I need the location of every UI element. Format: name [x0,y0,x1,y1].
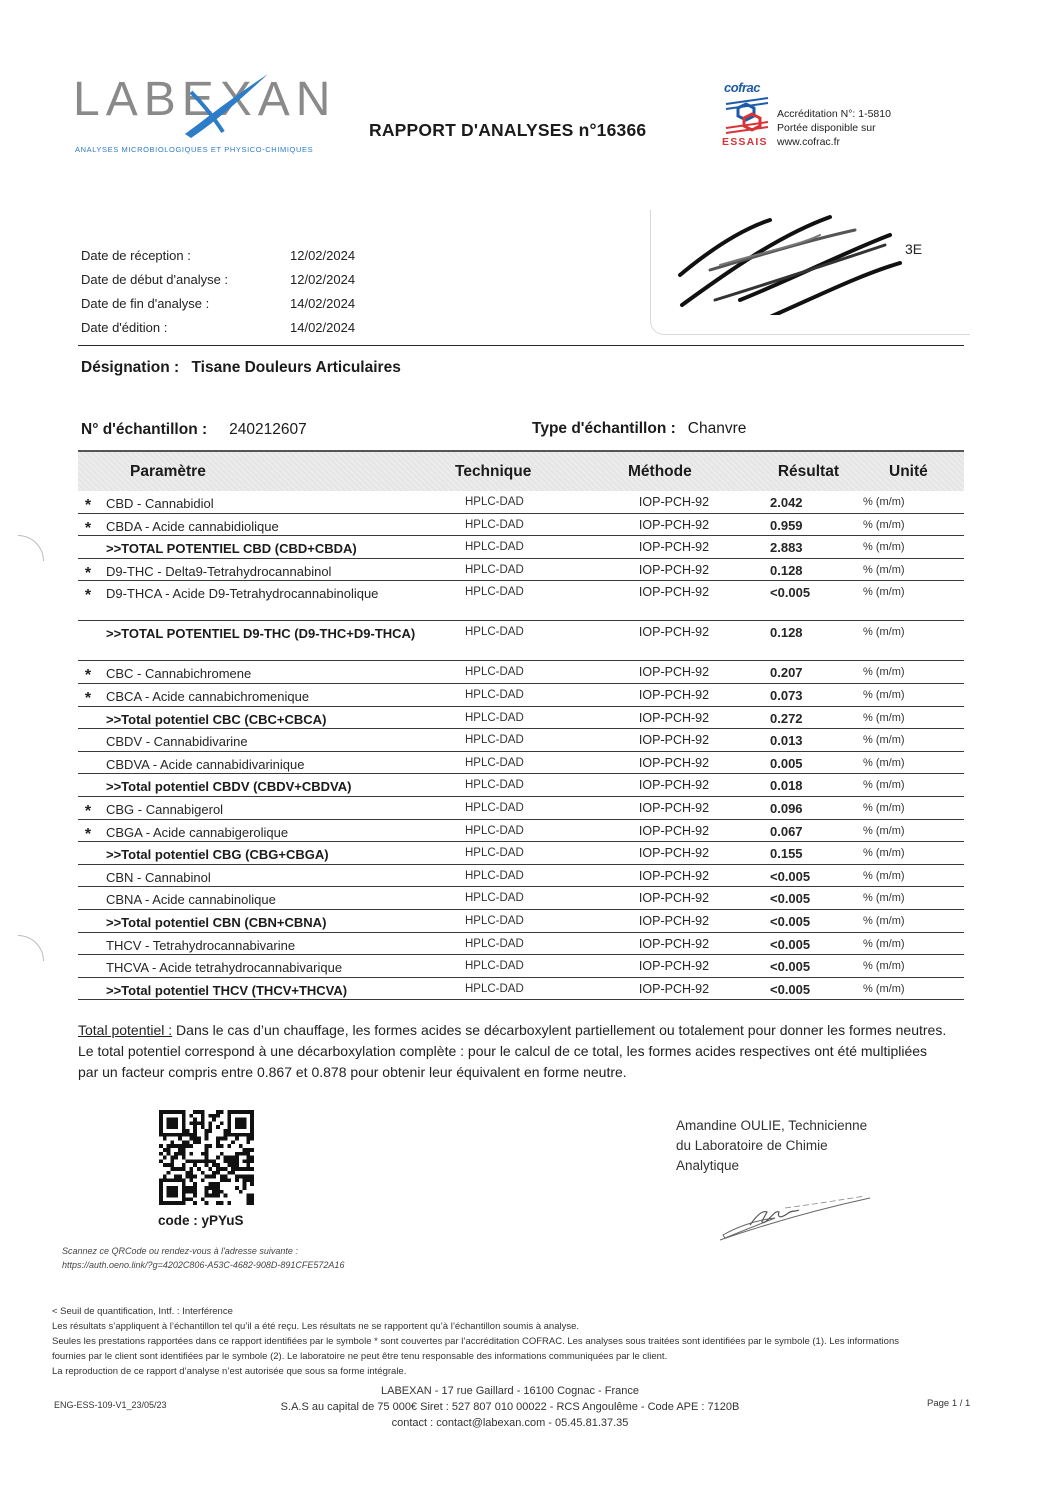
date-label: Date de fin d'analyse : [81,296,290,311]
designation-label: Désignation : [81,359,179,376]
cofrac-wordmark: cofrac [724,80,760,95]
accreditation-star-icon [78,914,98,917]
accreditation-star-icon [78,733,98,736]
signatory-role-cont: Analytique [676,1156,867,1176]
cell-technique: HPLC-DAD [455,585,598,598]
cell-technique: HPLC-DAD [455,711,598,724]
cell-resultat: <0.005 [750,891,845,906]
cell-unite: % (m/m) [845,891,964,904]
legal-line: La reproduction de ce rapport d’analyse … [52,1364,1012,1379]
table-row: CBNA - Acide cannabinolique HPLC-DAD IOP… [78,887,964,910]
cell-resultat: 0.018 [750,778,845,793]
date-value: 12/02/2024 [290,248,355,263]
cell-methode: IOP-PCH-92 [598,688,750,702]
cell-resultat: <0.005 [750,585,845,600]
note-label: Total potentiel : [78,1022,172,1038]
table-row: CBDVA - Acide cannabidivarinique HPLC-DA… [78,752,964,775]
cell-parametre: CBCA - Acide cannabichromenique [98,688,455,706]
company-footer: LABEXAN - 17 rue Gaillard - 16100 Cognac… [250,1383,770,1431]
accreditation-star-icon: * [78,495,98,514]
cell-resultat: 0.959 [750,518,845,533]
column-header-methode: Méthode [598,463,750,481]
cell-methode: IOP-PCH-92 [598,585,750,599]
cell-technique: HPLC-DAD [455,959,598,972]
table-header: Paramètre Technique Méthode Résultat Uni… [78,450,964,491]
date-label: Date d'édition : [81,320,290,335]
cell-resultat: <0.005 [750,959,845,974]
accreditation-star-icon: * [78,801,98,820]
accreditation-star-icon [78,891,98,894]
table-row: THCVA - Acide tetrahydrocannabivarique H… [78,955,964,978]
table-row: >>Total potentiel CBC (CBC+CBCA) HPLC-DA… [78,707,964,730]
cell-unite: % (m/m) [845,540,964,553]
accreditation-star-icon: * [78,563,98,582]
cell-unite: % (m/m) [845,846,964,859]
accreditation-star-icon [78,959,98,962]
cell-unite: % (m/m) [845,495,964,508]
table-row: THCV - Tetrahydrocannabivarine HPLC-DAD … [78,933,964,956]
cell-parametre: CBNA - Acide cannabinolique [98,891,455,909]
cell-methode: IOP-PCH-92 [598,711,750,725]
date-row-end: Date de fin d'analyse : 14/02/2024 [81,291,355,315]
cell-methode: IOP-PCH-92 [598,625,750,639]
accreditation-star-icon [78,869,98,872]
cell-technique: HPLC-DAD [455,801,598,814]
date-row-start: Date de début d'analyse : 12/02/2024 [81,267,355,291]
cofrac-essais-label: ESSAIS [722,136,768,148]
accreditation-star-icon [78,756,98,759]
accreditation-star-icon: * [78,665,98,684]
cell-methode: IOP-PCH-92 [598,982,750,996]
table-row: * CBCA - Acide cannabichromenique HPLC-D… [78,684,964,707]
cell-unite: % (m/m) [845,585,964,598]
legal-line: fournies par le client sont identifiées … [52,1349,1012,1364]
accreditation-number: Accréditation N°: 1-5810 [777,107,891,121]
table-row: * CBGA - Acide cannabigerolique HPLC-DAD… [78,820,964,843]
labexan-logo: LABEXAN Analyses microbiologiques et phy… [73,72,323,152]
designation-value: Tisane Douleurs Articulaires [191,359,400,376]
table-row: CBN - Cannabinol HPLC-DAD IOP-PCH-92 <0.… [78,865,964,888]
cell-resultat: <0.005 [750,914,845,929]
cell-unite: % (m/m) [845,688,964,701]
report-title: RAPPORT D'ANALYSES n°16366 [369,120,646,141]
cell-parametre: >>TOTAL POTENTIEL D9-THC (D9-THC+D9-THCA… [98,625,455,643]
punch-hole-mark [18,935,44,961]
table-row: * D9-THCA - Acide D9-Tetrahydrocannabino… [78,581,964,621]
qr-code-icon[interactable] [159,1110,254,1205]
table-body: * CBD - Cannabidiol HPLC-DAD IOP-PCH-92 … [78,491,964,1000]
cell-methode: IOP-PCH-92 [598,756,750,770]
table-row: CBDV - Cannabidivarine HPLC-DAD IOP-PCH-… [78,729,964,752]
column-header-unite: Unité [845,463,964,481]
cell-parametre: CBDVA - Acide cannabidivarinique [98,756,455,774]
cell-methode: IOP-PCH-92 [598,733,750,747]
cell-parametre: >>Total potentiel THCV (THCV+THCVA) [98,982,455,1000]
date-label: Date de début d'analyse : [81,272,290,287]
logo-subtitle: Analyses microbiologiques et physico-chi… [75,145,313,154]
table-row: >>Total potentiel THCV (THCV+THCVA) HPLC… [78,978,964,1001]
signatory: Amandine OULIE, Technicienne du Laborato… [676,1116,867,1176]
cell-unite: % (m/m) [845,937,964,950]
accreditation-star-icon: * [78,585,98,604]
signatory-name: Amandine OULIE, Technicienne [676,1116,867,1136]
cell-parametre: CBDA - Acide cannabidiolique [98,518,455,536]
cell-resultat: 0.155 [750,846,845,861]
signatory-role: du Laboratoire de Chimie [676,1136,867,1156]
cell-parametre: >>Total potentiel CBDV (CBDV+CBDVA) [98,778,455,796]
table-row: >>Total potentiel CBN (CBN+CBNA) HPLC-DA… [78,910,964,933]
logo-swoosh-icon [73,72,323,147]
date-value: 12/02/2024 [290,272,355,287]
cell-parametre: >>Total potentiel CBN (CBN+CBNA) [98,914,455,932]
cell-methode: IOP-PCH-92 [598,540,750,554]
cell-parametre: >>Total potentiel CBG (CBG+CBGA) [98,846,455,864]
cell-technique: HPLC-DAD [455,665,598,678]
table-row: * D9-THC - Delta9-Tetrahydrocannabinol H… [78,559,964,582]
qr-caption-instruction: Scannez ce QRCode ou rendez-vous à l'adr… [62,1244,344,1258]
accreditation-star-icon [78,846,98,849]
cell-parametre: CBD - Cannabidiol [98,495,455,513]
cell-unite: % (m/m) [845,959,964,972]
cell-unite: % (m/m) [845,982,964,995]
accreditation-star-icon [78,540,98,543]
sample-number: N° d'échantillon :240212607 [81,421,307,439]
cell-technique: HPLC-DAD [455,563,598,576]
company-legal: S.A.S au capital de 75 000€ Siret : 527 … [250,1399,770,1415]
divider [78,345,964,346]
cell-parametre: CBDV - Cannabidivarine [98,733,455,751]
company-contact: contact : contact@labexan.com - 05.45.81… [250,1415,770,1431]
cell-unite: % (m/m) [845,824,964,837]
note-text: Dans le cas d’un chauffage, les formes a… [78,1022,946,1080]
cell-parametre: D9-THC - Delta9-Tetrahydrocannabinol [98,563,455,581]
cell-parametre: THCVA - Acide tetrahydrocannabivarique [98,959,455,977]
cell-technique: HPLC-DAD [455,846,598,859]
cell-parametre: D9-THCA - Acide D9-Tetrahydrocannabinoli… [98,585,455,603]
results-table: Paramètre Technique Méthode Résultat Uni… [78,450,964,1000]
cell-technique: HPLC-DAD [455,688,598,701]
qr-code-label: code : yPYuS [158,1213,244,1228]
cell-resultat: <0.005 [750,982,845,997]
cell-technique: HPLC-DAD [455,937,598,950]
accreditation-star-icon [78,982,98,985]
cell-technique: HPLC-DAD [455,824,598,837]
accreditation-star-icon [78,711,98,714]
cell-unite: % (m/m) [845,914,964,927]
cell-parametre: CBN - Cannabinol [98,869,455,887]
sample-number-label: N° d'échantillon : [81,421,207,438]
cell-resultat: 0.067 [750,824,845,839]
cell-technique: HPLC-DAD [455,778,598,791]
signature-icon [715,1190,875,1250]
table-row: * CBG - Cannabigerol HPLC-DAD IOP-PCH-92… [78,797,964,820]
cell-technique: HPLC-DAD [455,518,598,531]
date-label: Date de réception : [81,248,290,263]
cell-unite: % (m/m) [845,563,964,576]
cell-resultat: 2.883 [750,540,845,555]
cell-resultat: <0.005 [750,869,845,884]
cell-methode: IOP-PCH-92 [598,937,750,951]
accreditation-scope: Portée disponible sur [777,121,891,135]
accreditation-star-icon: * [78,518,98,537]
date-row-edition: Date d'édition : 14/02/2024 [81,315,355,339]
qr-caption-url[interactable]: https://auth.oeno.link/?g=4202C806-A53C-… [62,1258,344,1272]
cell-technique: HPLC-DAD [455,540,598,553]
sample-type-label: Type d'échantillon : [532,420,676,437]
accreditation-star-icon [78,625,98,628]
cell-technique: HPLC-DAD [455,625,598,638]
accreditation-star-icon [78,937,98,940]
cell-technique: HPLC-DAD [455,869,598,882]
table-row: * CBD - Cannabidiol HPLC-DAD IOP-PCH-92 … [78,491,964,514]
cell-unite: % (m/m) [845,518,964,531]
cell-resultat: 0.073 [750,688,845,703]
table-row: >>TOTAL POTENTIEL D9-THC (D9-THC+D9-THCA… [78,621,964,661]
cell-unite: % (m/m) [845,801,964,814]
designation: Désignation : Tisane Douleurs Articulair… [81,359,401,377]
client-address-fragment: 3E [905,241,922,257]
company-address: LABEXAN - 17 rue Gaillard - 16100 Cognac… [250,1383,770,1399]
cell-technique: HPLC-DAD [455,982,598,995]
cofrac-hexagon-icon [724,96,770,136]
cell-methode: IOP-PCH-92 [598,665,750,679]
cell-technique: HPLC-DAD [455,495,598,508]
cell-unite: % (m/m) [845,756,964,769]
cofrac-logo: cofrac ESSAIS [722,80,772,152]
cell-technique: HPLC-DAD [455,733,598,746]
legal-line: < Seuil de quantification, Intf. : Inter… [52,1304,1012,1319]
cell-parametre: CBC - Cannabichromene [98,665,455,683]
table-row: >>TOTAL POTENTIEL CBD (CBD+CBDA) HPLC-DA… [78,536,964,559]
sample-type-value: Chanvre [688,420,747,437]
sample-type: Type d'échantillon :Chanvre [532,420,746,438]
legal-notes: < Seuil de quantification, Intf. : Inter… [52,1304,1012,1379]
cell-technique: HPLC-DAD [455,891,598,904]
cell-methode: IOP-PCH-92 [598,778,750,792]
page-number: Page 1 / 1 [927,1398,970,1409]
cell-unite: % (m/m) [845,711,964,724]
cell-resultat: 0.005 [750,756,845,771]
accreditation-star-icon [78,778,98,781]
legal-line: Les résultats s’appliquent à l’échantill… [52,1319,1012,1334]
accreditation-star-icon: * [78,824,98,843]
cell-resultat: 0.096 [750,801,845,816]
cell-unite: % (m/m) [845,625,964,638]
cell-resultat: 0.128 [750,625,845,640]
cell-methode: IOP-PCH-92 [598,959,750,973]
table-row: >>Total potentiel CBG (CBG+CBGA) HPLC-DA… [78,842,964,865]
legal-line: Seules les prestations rapportées dans c… [52,1334,1012,1349]
cell-unite: % (m/m) [845,778,964,791]
cell-unite: % (m/m) [845,869,964,882]
accreditation-url: www.cofrac.fr [777,135,891,149]
document-reference: ENG-ESS-109-V1_23/05/23 [54,1400,167,1410]
cell-parametre: CBGA - Acide cannabigerolique [98,824,455,842]
sample-number-value: 240212607 [229,421,307,438]
cell-resultat: 0.013 [750,733,845,748]
cell-technique: HPLC-DAD [455,914,598,927]
cell-unite: % (m/m) [845,733,964,746]
cell-parametre: >>TOTAL POTENTIEL CBD (CBD+CBDA) [98,540,455,558]
punch-hole-mark [18,535,44,561]
cell-methode: IOP-PCH-92 [598,824,750,838]
cell-unite: % (m/m) [845,665,964,678]
cell-parametre: CBG - Cannabigerol [98,801,455,819]
cell-resultat: 0.272 [750,711,845,726]
redaction-scribble-icon [670,205,910,315]
cell-methode: IOP-PCH-92 [598,846,750,860]
total-potentiel-note: Total potentiel : Dans le cas d’un chauf… [78,1020,948,1083]
column-header-parametre: Paramètre [98,463,455,481]
cell-resultat: <0.005 [750,937,845,952]
column-header-resultat: Résultat [750,463,845,481]
accreditation-info: Accréditation N°: 1-5810 Portée disponib… [777,107,891,149]
table-row: * CBDA - Acide cannabidiolique HPLC-DAD … [78,514,964,537]
dates-block: Date de réception : 12/02/2024 Date de d… [81,243,355,339]
cell-resultat: 0.207 [750,665,845,680]
cell-methode: IOP-PCH-92 [598,801,750,815]
table-row: * CBC - Cannabichromene HPLC-DAD IOP-PCH… [78,661,964,684]
qr-caption: Scannez ce QRCode ou rendez-vous à l'adr… [62,1244,344,1272]
cell-parametre: THCV - Tetrahydrocannabivarine [98,937,455,955]
cell-resultat: 0.128 [750,563,845,578]
date-value: 14/02/2024 [290,320,355,335]
cell-resultat: 2.042 [750,495,845,510]
column-header-technique: Technique [455,463,598,481]
date-row-reception: Date de réception : 12/02/2024 [81,243,355,267]
cell-parametre: >>Total potentiel CBC (CBC+CBCA) [98,711,455,729]
cell-methode: IOP-PCH-92 [598,518,750,532]
cell-methode: IOP-PCH-92 [598,869,750,883]
cell-methode: IOP-PCH-92 [598,891,750,905]
cell-methode: IOP-PCH-92 [598,914,750,928]
cell-methode: IOP-PCH-92 [598,563,750,577]
date-value: 14/02/2024 [290,296,355,311]
cell-technique: HPLC-DAD [455,756,598,769]
cell-methode: IOP-PCH-92 [598,495,750,509]
table-row: >>Total potentiel CBDV (CBDV+CBDVA) HPLC… [78,774,964,797]
accreditation-star-icon: * [78,688,98,707]
